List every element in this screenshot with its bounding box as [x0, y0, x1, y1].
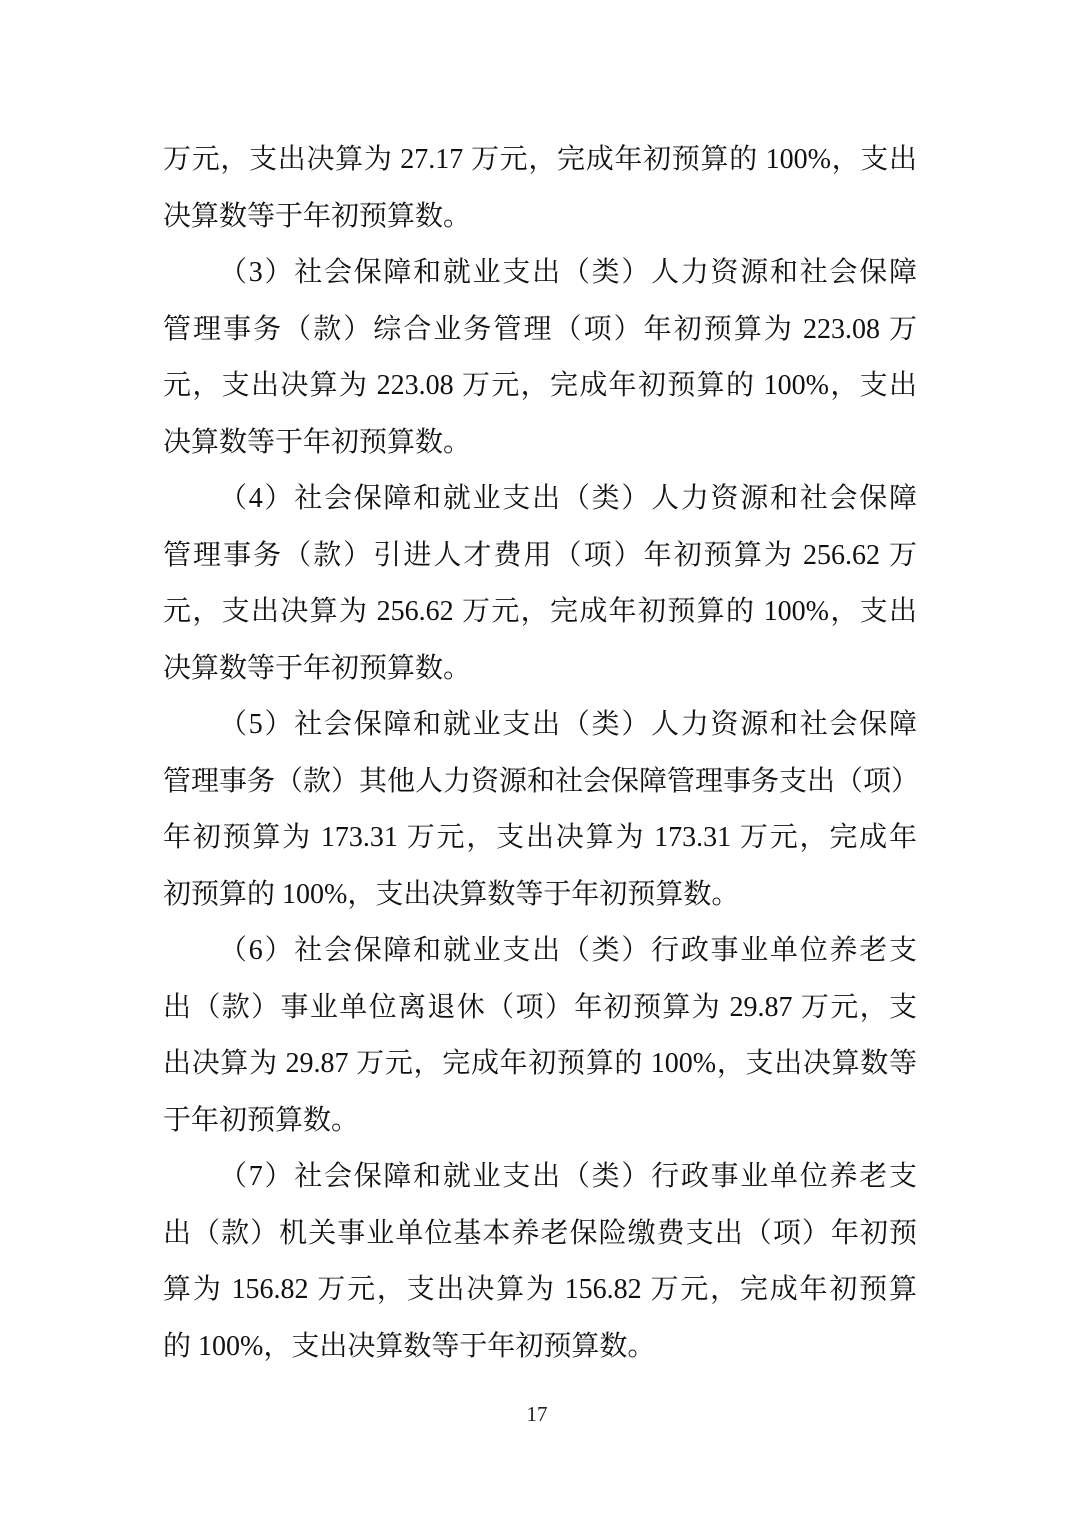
- text-line: 元，支出决算为 223.08 万元，完成年初预算的 100%，支出: [163, 358, 917, 415]
- text-line-paragraph-5-start: （5）社会保障和就业支出（类）人力资源和社会保障: [163, 697, 917, 754]
- page-number: 17: [0, 1402, 1074, 1427]
- text-line: 出决算为 29.87 万元，完成年初预算的 100%，支出决算数等: [163, 1036, 917, 1093]
- text-line: 管理事务（款）引进人才费用（项）年初预算为 256.62 万: [163, 528, 917, 585]
- text-line-paragraph-6-start: （6）社会保障和就业支出（类）行政事业单位养老支: [163, 923, 917, 980]
- text-line: 于年初预算数。: [163, 1093, 917, 1150]
- text-line: 出（款）事业单位离退休（项）年初预算为 29.87 万元，支: [163, 980, 917, 1037]
- document-page: 万元，支出决算为 27.17 万元，完成年初预算的 100%，支出 决算数等于年…: [0, 0, 1074, 1520]
- text-line: 初预算的 100%，支出决算数等于年初预算数。: [163, 867, 917, 924]
- text-line-paragraph-7-start: （7）社会保障和就业支出（类）行政事业单位养老支: [163, 1149, 917, 1206]
- text-line: 管理事务（款）其他人力资源和社会保障管理事务支出（项）: [163, 754, 917, 811]
- text-line-paragraph-4-start: （4）社会保障和就业支出（类）人力资源和社会保障: [163, 471, 917, 528]
- text-line: 决算数等于年初预算数。: [163, 189, 917, 246]
- text-line: 万元，支出决算为 27.17 万元，完成年初预算的 100%，支出: [163, 132, 917, 189]
- text-line-paragraph-3-start: （3）社会保障和就业支出（类）人力资源和社会保障: [163, 245, 917, 302]
- text-line: 出（款）机关事业单位基本养老保险缴费支出（项）年初预: [163, 1206, 917, 1263]
- document-text-block: 万元，支出决算为 27.17 万元，完成年初预算的 100%，支出 决算数等于年…: [163, 132, 917, 1375]
- text-line: 年初预算为 173.31 万元，支出决算为 173.31 万元，完成年: [163, 810, 917, 867]
- text-line: 元，支出决算为 256.62 万元，完成年初预算的 100%，支出: [163, 584, 917, 641]
- text-line: 的 100%，支出决算数等于年初预算数。: [163, 1319, 917, 1376]
- text-line: 决算数等于年初预算数。: [163, 415, 917, 472]
- text-line: 算为 156.82 万元，支出决算为 156.82 万元，完成年初预算: [163, 1262, 917, 1319]
- text-line: 决算数等于年初预算数。: [163, 641, 917, 698]
- text-line: 管理事务（款）综合业务管理（项）年初预算为 223.08 万: [163, 302, 917, 359]
